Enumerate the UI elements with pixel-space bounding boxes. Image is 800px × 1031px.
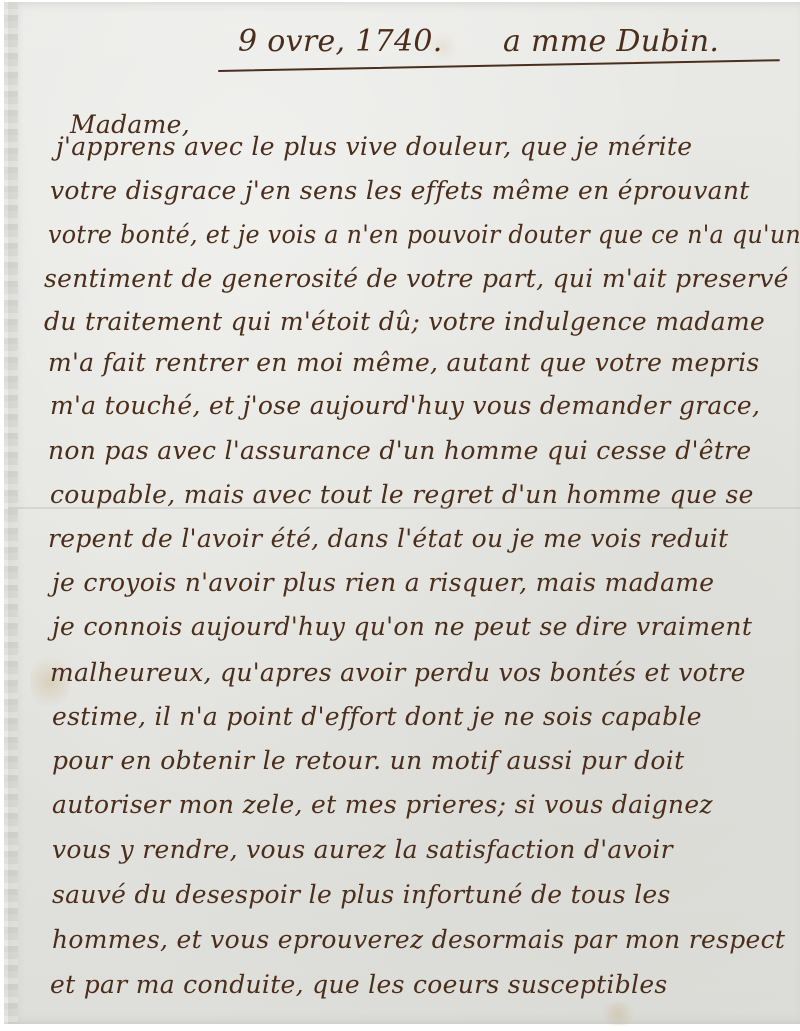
- body-line: estime, il n'a point d'effort dont je ne…: [52, 702, 702, 731]
- paper-stain: [598, 1002, 638, 1026]
- letter-page: 9 ovre, 1740. a mme Dubin. Madame, j'app…: [8, 2, 800, 1024]
- body-line: je connois aujourd'huy qu'on ne peut se …: [52, 612, 752, 641]
- body-line: m'a fait rentrer en moi même, autant que…: [48, 348, 760, 377]
- letter-date: 9 ovre, 1740.: [238, 24, 443, 59]
- body-line: du traitement qui m'étoit dû; votre indu…: [44, 307, 765, 336]
- body-line: votre bonté, et je vois a n'en pouvoir d…: [48, 220, 800, 249]
- letter-recipient: a mme Dubin.: [503, 24, 719, 59]
- body-line: je croyois n'avoir plus rien a risquer, …: [52, 568, 714, 597]
- body-line: sauvé du desespoir le plus infortuné de …: [52, 880, 671, 909]
- body-line: vous y rendre, vous aurez la satisfactio…: [52, 835, 673, 864]
- body-line: m'a touché, et j'ose aujourd'huy vous de…: [50, 391, 760, 420]
- body-line: j'apprens avec le plus vive douleur, que…: [56, 132, 692, 161]
- body-line: votre disgrace j'en sens les effets même…: [50, 176, 750, 205]
- body-line: pour en obtenir le retour. un motif auss…: [52, 746, 684, 775]
- body-line: non pas avec l'assurance d'un homme qui …: [48, 436, 752, 465]
- body-line: hommes, et vous eprouverez desormais par…: [52, 925, 785, 954]
- body-line: malheureux, qu'apres avoir perdu vos bon…: [50, 658, 746, 687]
- body-line: autoriser mon zele, et mes prieres; si v…: [52, 790, 713, 819]
- body-line: et par ma conduite, que les coeurs susce…: [50, 970, 668, 999]
- body-line: coupable, mais avec tout le regret d'un …: [50, 480, 754, 509]
- body-line: sentiment de generosité de votre part, q…: [44, 264, 789, 293]
- body-line: repent de l'avoir été, dans l'état ou je…: [48, 524, 729, 553]
